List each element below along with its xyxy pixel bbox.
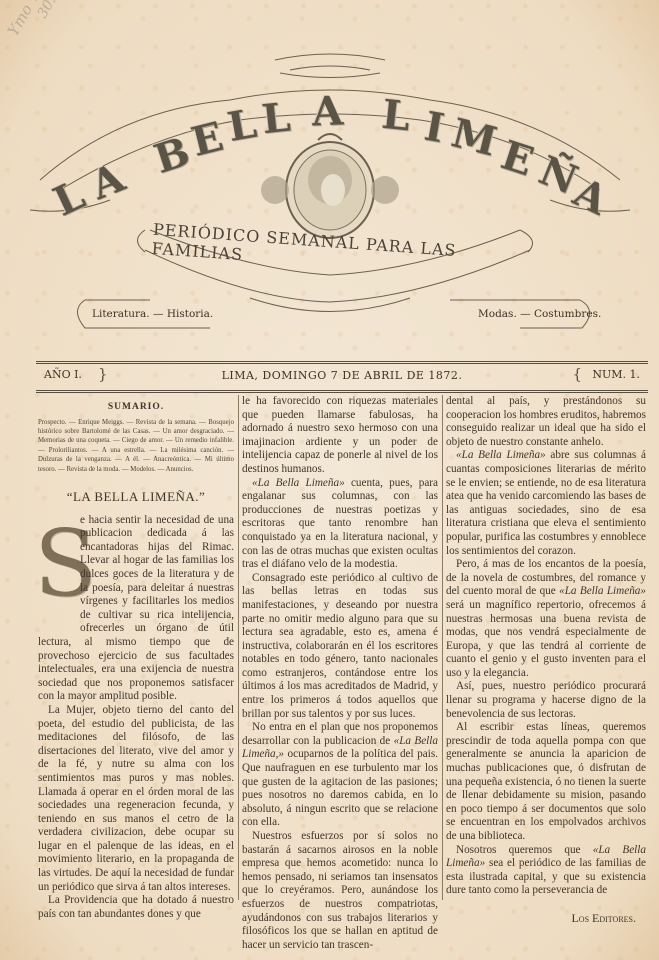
tagline-left: Literatura. — Historia. — [92, 308, 213, 320]
article-paragraph: La Providencia que ha dotado á nuestro p… — [38, 894, 234, 921]
signature: Los Editores. — [446, 912, 646, 926]
column-3: dental al país, y prestándonos su cooper… — [446, 395, 646, 926]
article-paragraph: Consagrado este periódico al cultivo de … — [242, 572, 438, 722]
brace-left-icon: { — [572, 365, 582, 383]
italic-title: «La Bella Limeña» — [456, 449, 546, 461]
article-paragraph: Se hacia sentir la necesidad de una publ… — [38, 514, 234, 704]
title-letter: A — [311, 87, 344, 135]
column-2: le ha favorecido con riquezas materiales… — [242, 395, 438, 952]
issue-number: NUM. 1. — [592, 368, 640, 381]
paragraph-text: abre sus columnas á cuantas composicione… — [446, 449, 646, 556]
article-title: “LA BELLA LIMEÑA.” — [38, 490, 234, 504]
portrait-medallion — [261, 134, 399, 238]
issue-date-bar: AÑO I. } LIMA, DOMINGO 7 DE ABRIL DE 187… — [36, 361, 648, 393]
italic-title: «La Bella Limeña» — [252, 477, 345, 489]
tagline-right: Modas. — Costumbres. — [478, 308, 601, 320]
column-rule — [238, 395, 239, 900]
article-paragraph: «La Bella Limeña» cuenta, pues, para eng… — [242, 477, 438, 572]
title-letter: L — [380, 91, 413, 141]
newspaper-page: Ymo Val 11 30.4 — [0, 0, 659, 960]
column-rule — [442, 395, 443, 900]
article-paragraph: dental al país, y prestándonos su cooper… — [446, 395, 646, 449]
italic-title: «La Bella Limeña» — [559, 585, 646, 597]
article-paragraph: Al escribir estas líneas, queremos presc… — [446, 721, 646, 843]
column-1: SUMARIO. Prospecto. — Enrique Meiggs. — … — [38, 395, 234, 921]
issue-date: LIMA, DOMINGO 7 DE ABRIL DE 1872. — [36, 369, 648, 382]
article-paragraph: le ha favorecido con riquezas materiales… — [242, 395, 438, 477]
article-paragraph: Nuestros esfuerzos por sí solos no basta… — [242, 830, 438, 952]
article-paragraph: La Mujer, objeto tierno del canto del po… — [38, 704, 234, 894]
article-paragraph: Nosotros queremos que «La Bella Limeña» … — [446, 844, 646, 898]
handwritten-line-2: 30.4 — [35, 0, 64, 21]
article-paragraph: No entra en el plan que nos proponemos d… — [242, 721, 438, 830]
article-paragraph: «La Bella Limeña» abre sus columnas á cu… — [446, 449, 646, 558]
paragraph-text: será un magnífico repertorio, ofrecemos … — [446, 599, 646, 679]
masthead: L A B E L L A L I M E Ñ A PERIÓDICO SEMA… — [0, 40, 659, 340]
paragraph-text: cuenta, pues, para engalanar sus columna… — [242, 477, 438, 571]
handwritten-note: Ymo Val 11 30.4 — [4, 0, 62, 39]
article-paragraph: Pero, á mas de los encantos de la poesía… — [446, 558, 646, 680]
ornamental-dropcap-icon: S — [34, 514, 76, 624]
article-paragraph: Así, pues, nuestro periódico procurará l… — [446, 680, 646, 721]
sumario-title: SUMARIO. — [38, 401, 234, 415]
sumario-text: Prospecto. — Enrique Meiggs. — Revista d… — [38, 418, 234, 474]
title-letter: L — [260, 94, 293, 144]
paragraph-text: Nosotros queremos que — [456, 844, 593, 856]
